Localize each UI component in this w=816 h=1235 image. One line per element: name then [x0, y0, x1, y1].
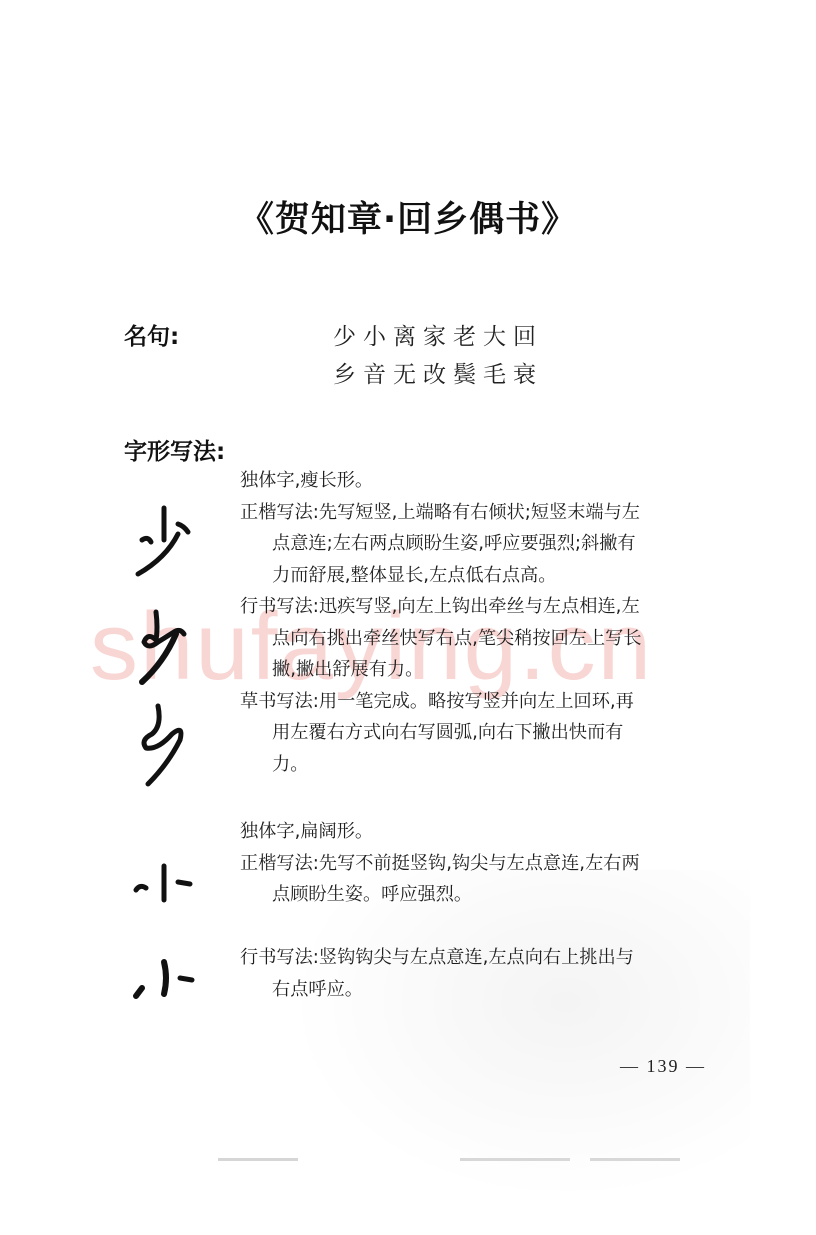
xiao-kaishu-line-2: 点顾盼生姿。呼应强烈。: [240, 879, 738, 911]
famous-lines-label: 名句:: [124, 318, 179, 351]
glyph-section-label: 字形写法:: [124, 433, 225, 466]
shao-caoshu-line-1: 草书写法:用一笔完成。略按写竖并向左上回环,再: [240, 686, 738, 718]
calligraphy-xiao-xingshu-icon: [128, 958, 208, 1008]
shao-xingshu-line-3: 撇,撇出舒展有力。: [240, 654, 738, 686]
shao-description: 独体字,瘦长形。 正楷写法:先写短竖,上端略有右倾状;短竖末端与左 点意连;左右…: [240, 465, 738, 780]
page-title: 《贺知章·回乡偶书》: [0, 192, 816, 242]
xiao-shape: 独体字,扁阔形。: [240, 816, 738, 848]
shao-caoshu-line-2: 用左覆右方式向右写圆弧,向右下撇出快而有: [240, 717, 738, 749]
xiao-description: 独体字,扁阔形。 正楷写法:先写不前挺竖钩,钩尖与左点意连,左右两 点顾盼生姿。…: [240, 816, 738, 911]
calligraphy-shao-xingshu-icon: [118, 606, 198, 686]
shao-xingshu-line-2: 点向右挑出牵丝快写右点,笔尖稍按回左上写长: [240, 623, 738, 655]
poem-line-1: 少小离家老大回: [333, 318, 543, 351]
xiao-xingshu-line-2: 右点呼应。: [240, 974, 738, 1006]
calligraphy-shao-kaishu-icon: [118, 500, 198, 580]
calligraphy-xiao-kaishu-icon: [128, 860, 208, 910]
shao-shape: 独体字,瘦长形。: [240, 465, 738, 497]
xiao-xingshu-line-1: 行书写法:竖钩钩尖与左点意连,左点向右上挑出与: [240, 942, 738, 974]
shao-xingshu-line-1: 行书写法:迅疾写竖,向左上钩出牵丝与左点相连,左: [240, 591, 738, 623]
poem-line-2: 乡音无改鬓毛衰: [333, 356, 543, 389]
xiao-kaishu-line-1: 正楷写法:先写不前挺竖钩,钩尖与左点意连,左右两: [240, 848, 738, 880]
calligraphy-shao-caoshu-icon: [118, 700, 198, 790]
xiao-xingshu-description: 行书写法:竖钩钩尖与左点意连,左点向右上挑出与 右点呼应。: [240, 942, 738, 1005]
shao-caoshu-line-3: 力。: [240, 749, 738, 781]
shao-kaishu-line-3: 力而舒展,整体显长,左点低右点高。: [240, 560, 738, 592]
shao-kaishu-line-1: 正楷写法:先写短竖,上端略有右倾状;短竖末端与左: [240, 497, 738, 529]
shao-kaishu-line-2: 点意连;左右两点顾盼生姿,呼应要强烈;斜撇有: [240, 528, 738, 560]
page-number: — 139 —: [620, 1056, 706, 1077]
scan-shadow: [290, 870, 750, 1200]
scan-artifact: [218, 1158, 298, 1161]
